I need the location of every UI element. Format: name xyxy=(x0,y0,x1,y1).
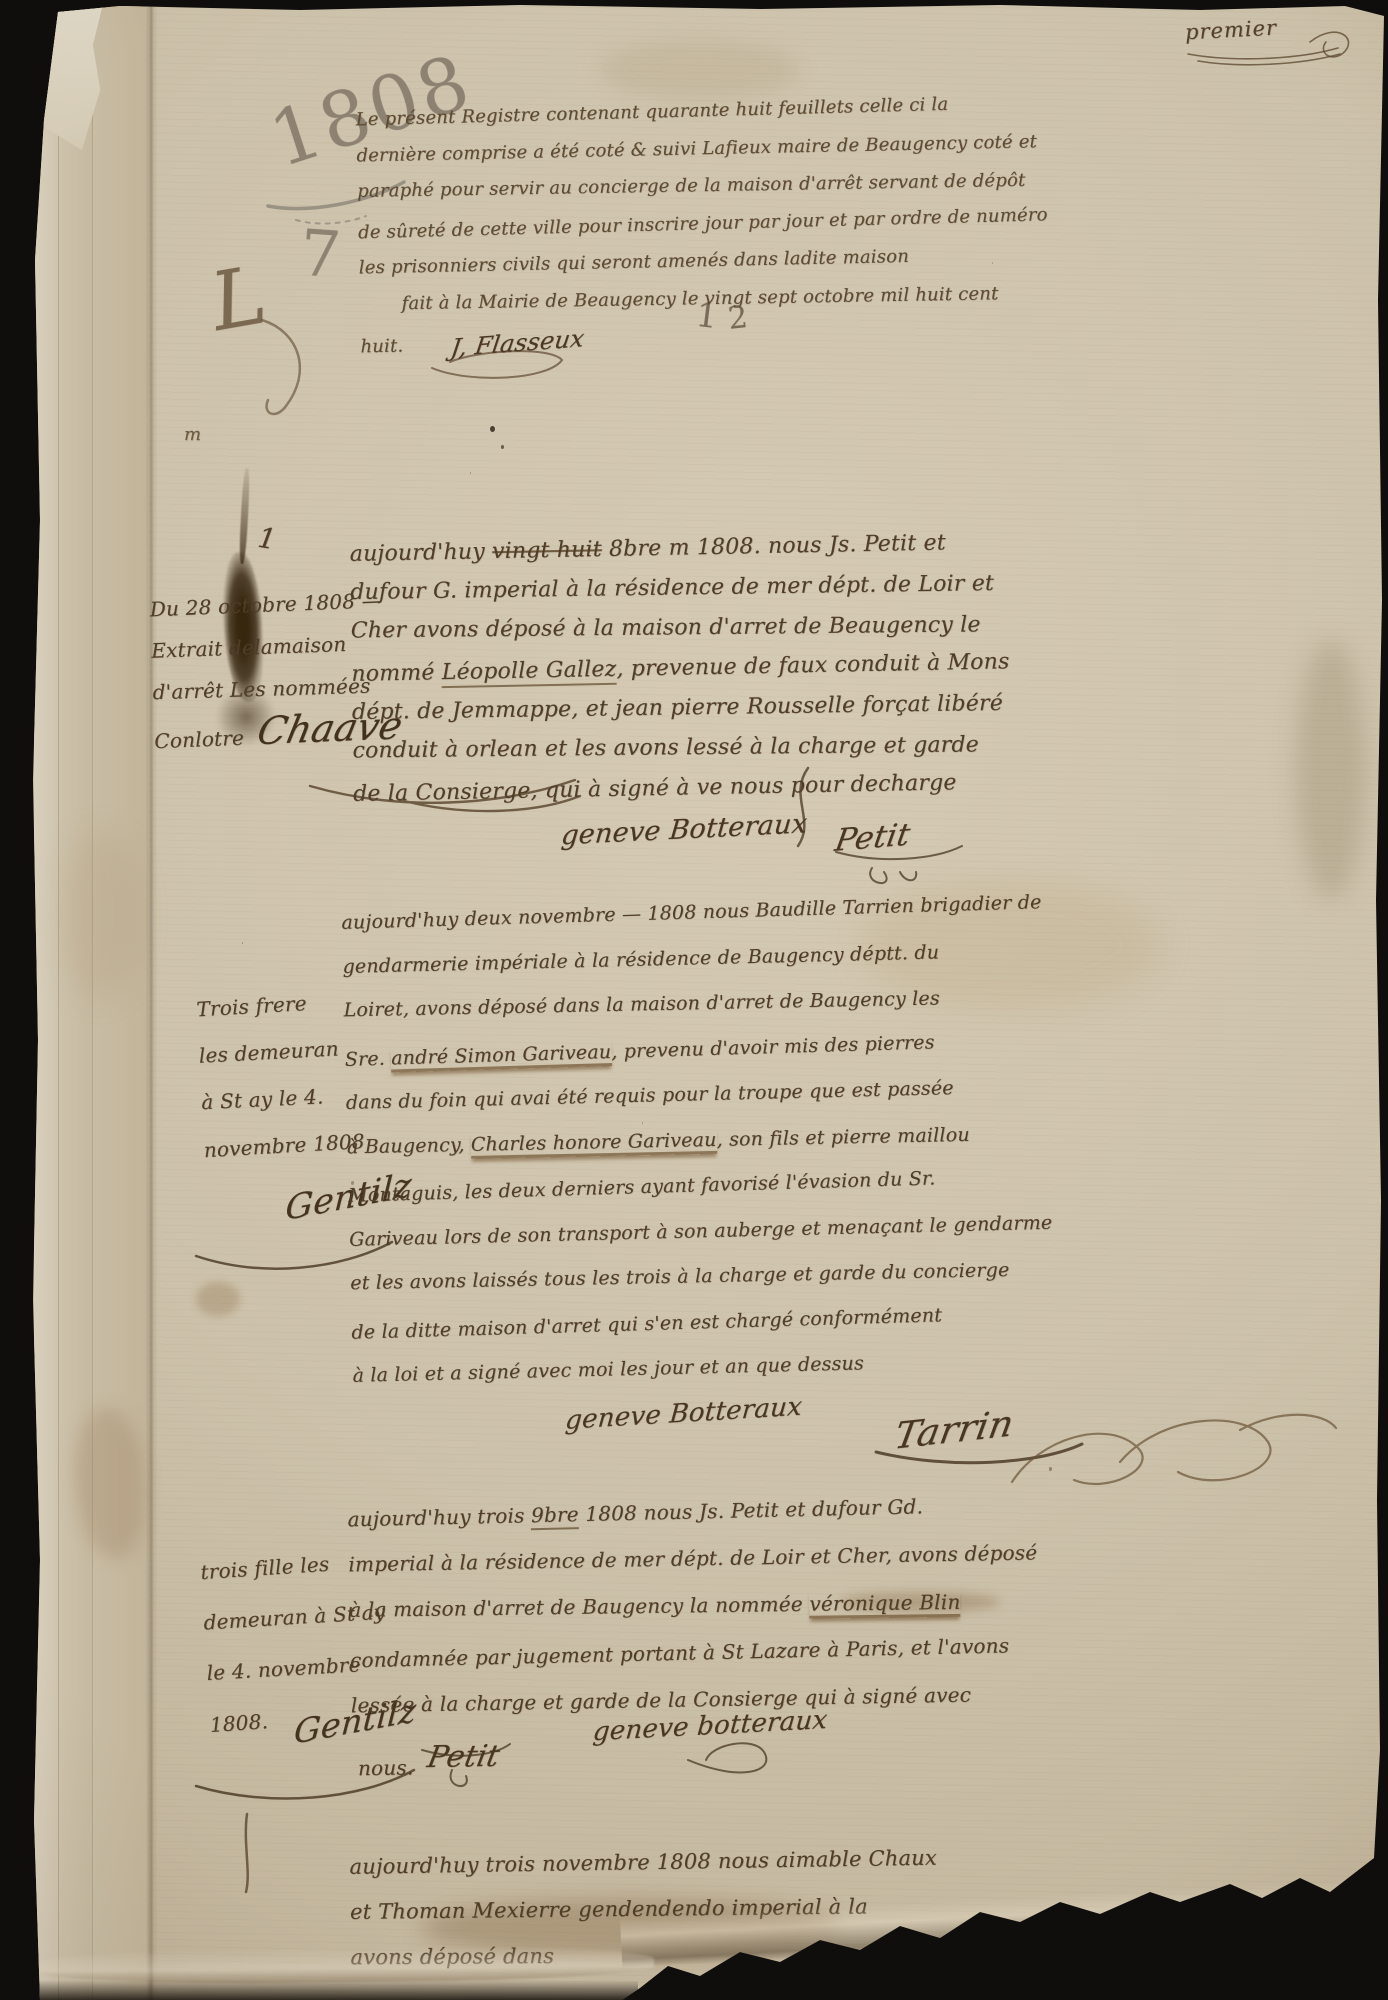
entry1-text: aujourd'huy vingt huit 8bre m 1808. nous… xyxy=(349,523,1072,903)
text-segment: 8bre m 1808. nous Js. Petit et xyxy=(602,530,946,562)
margin-line: Extrait delamaison xyxy=(150,622,366,671)
manuscript-photo: 1808 7 L m premier 1 2 1 Le présent Regi… xyxy=(0,0,1388,2000)
entry-lead-stroke xyxy=(246,1814,248,1892)
entry1-margin-note: Du 28 octobre 1808 — Extrait delamaison … xyxy=(149,580,370,761)
margin-letter-m: m xyxy=(184,424,201,445)
text-segment: huit. xyxy=(360,328,404,366)
text-segment: nommé xyxy=(351,660,442,687)
margin-line: Du 28 octobre 1808 — xyxy=(149,580,366,631)
entry3-signatures: nous. Petit geneve botteraux xyxy=(351,1717,1087,1822)
opening-declaration: Le présent Registre contenant quarante h… xyxy=(355,85,1072,366)
prisoner-name-gallez: Léopolle Gallez xyxy=(442,657,617,688)
concierge-signature: geneve Botteraux xyxy=(563,1384,804,1444)
month-abbrev: 9bre xyxy=(531,1502,579,1530)
text-segment: nous. xyxy=(358,1744,414,1792)
prisoner-name-blin: véronique Blin xyxy=(809,1590,960,1619)
gendarme-signature-petit: Petit xyxy=(832,815,913,861)
text-segment: à la maison d'arret de Baugency la nommé… xyxy=(349,1592,809,1622)
text-segment: , son fils et pierre maillou xyxy=(716,1123,970,1150)
entry3-text: aujourd'huy trois 9bre 1808 nous Js. Pet… xyxy=(347,1482,1088,1822)
corner-note-underline xyxy=(1188,48,1340,65)
text-segment: , prevenu d'avoir mis des pierres xyxy=(611,1031,935,1063)
brigadier-signature-tarrin: Tarrin xyxy=(891,1400,1017,1459)
gendarme-signature-petit: Petit xyxy=(423,1733,503,1781)
text-segment: aujourd'huy xyxy=(350,539,493,567)
prisoner-name-gariveau: andré Simon Gariveau xyxy=(391,1040,612,1072)
text-segment: Conlotre xyxy=(154,726,245,754)
text-segment: 1808 nous Js. Petit et dufour Gd. xyxy=(579,1494,924,1526)
entry2-signatures: geneve Botteraux Tarrin xyxy=(353,1382,1085,1490)
concierge-signature: geneve Botteraux xyxy=(559,804,809,856)
mayor-signature: J, Flasseux xyxy=(448,320,586,367)
prisoner-name-gariveau-fils: Charles honore Gariveau xyxy=(471,1128,717,1158)
struck-text: vingt huit xyxy=(492,537,602,564)
entry2-text: aujourd'huy deux novembre — 1808 nous Ba… xyxy=(341,881,1085,1489)
text-segment: , prevenue de faux conduit à Mons xyxy=(616,649,1010,682)
register-page: 1808 7 L m premier 1 2 1 Le présent Regi… xyxy=(0,0,1388,2000)
text-segment: aujourd'huy trois xyxy=(347,1503,531,1531)
bottom-edge-shadow xyxy=(28,1980,638,2000)
pencil-folio-number: 7 xyxy=(297,217,343,294)
margin-name-row: Conlotre Chaave xyxy=(153,706,370,763)
text-segment: à Baugency, xyxy=(347,1133,471,1157)
text-segment: Sre. xyxy=(344,1047,391,1070)
corner-note-premier: premier xyxy=(1184,16,1277,45)
